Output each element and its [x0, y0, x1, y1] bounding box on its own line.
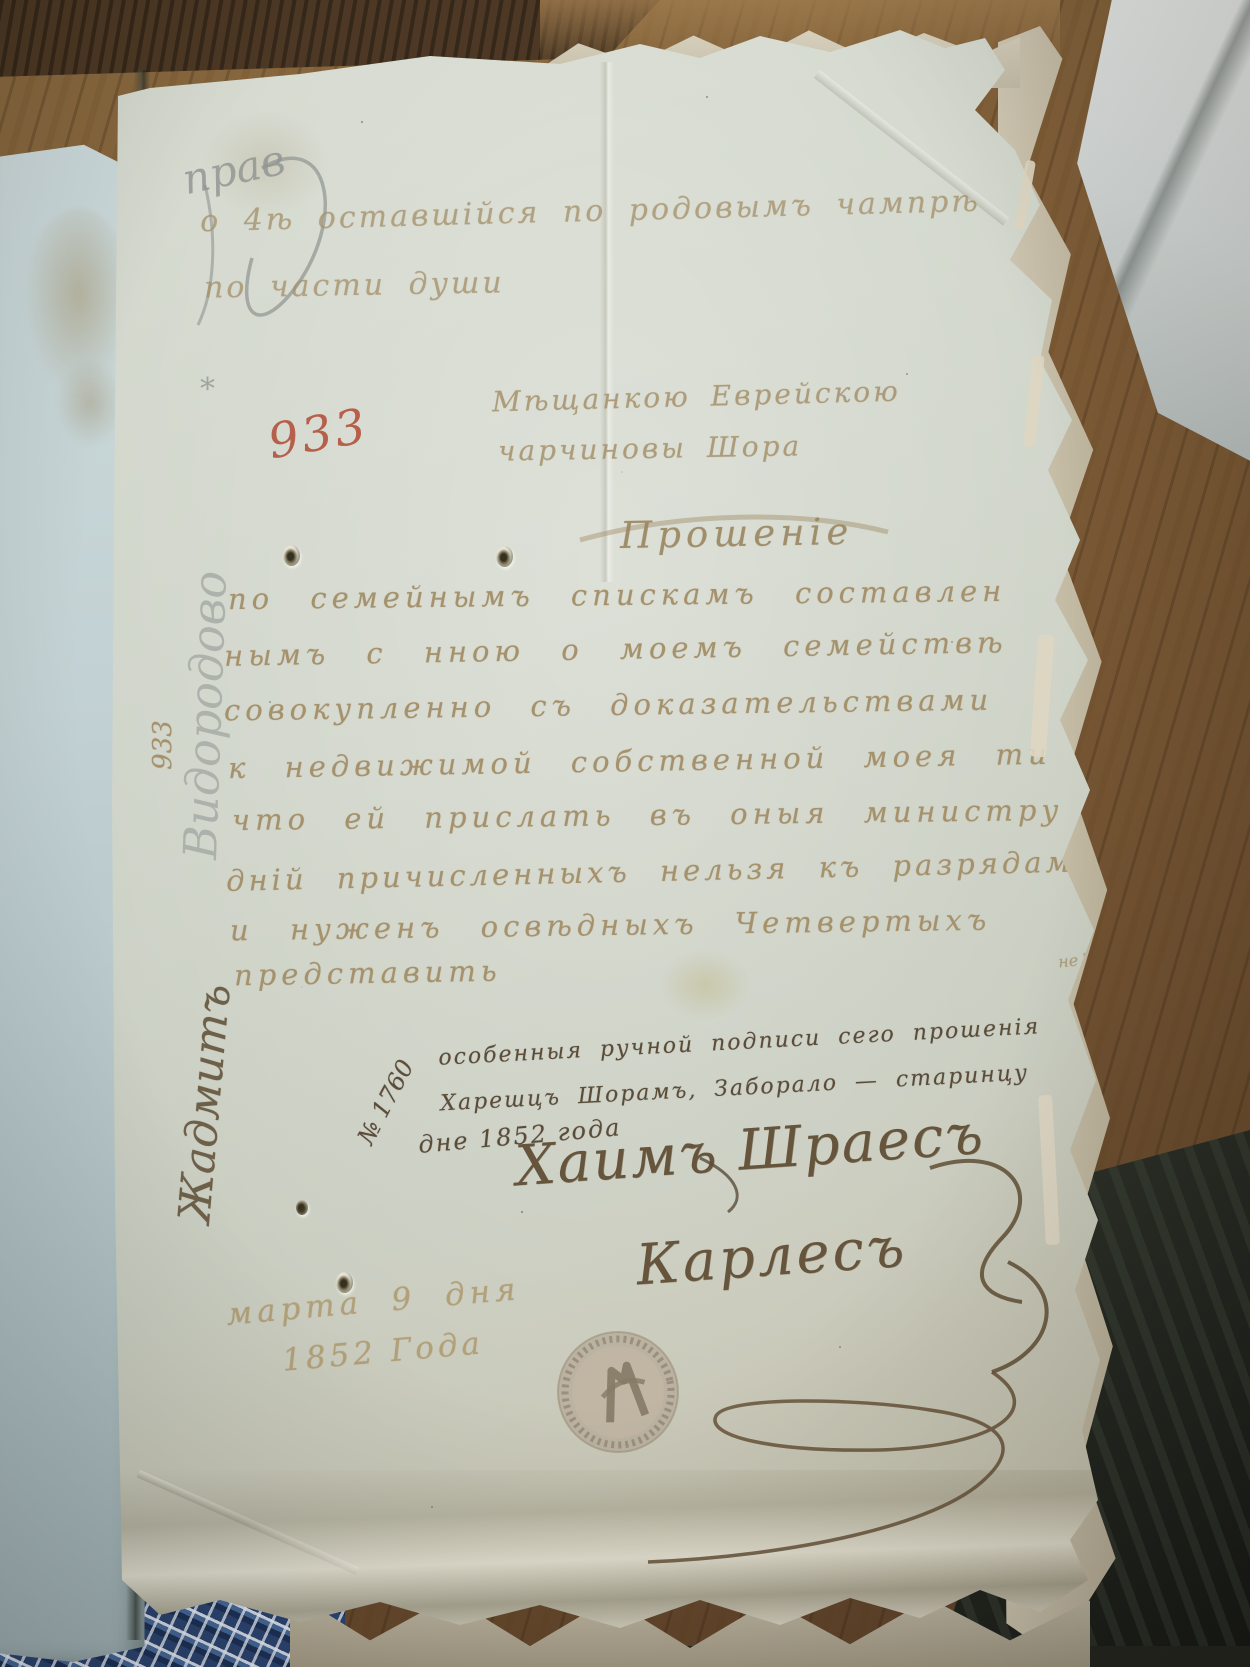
archival-photo: прав * 933 о 4ѣ оставшійся по родовымъ ч… — [0, 0, 1250, 1667]
margin-case-number: 933 — [148, 705, 178, 785]
round-seal — [535, 1309, 701, 1475]
